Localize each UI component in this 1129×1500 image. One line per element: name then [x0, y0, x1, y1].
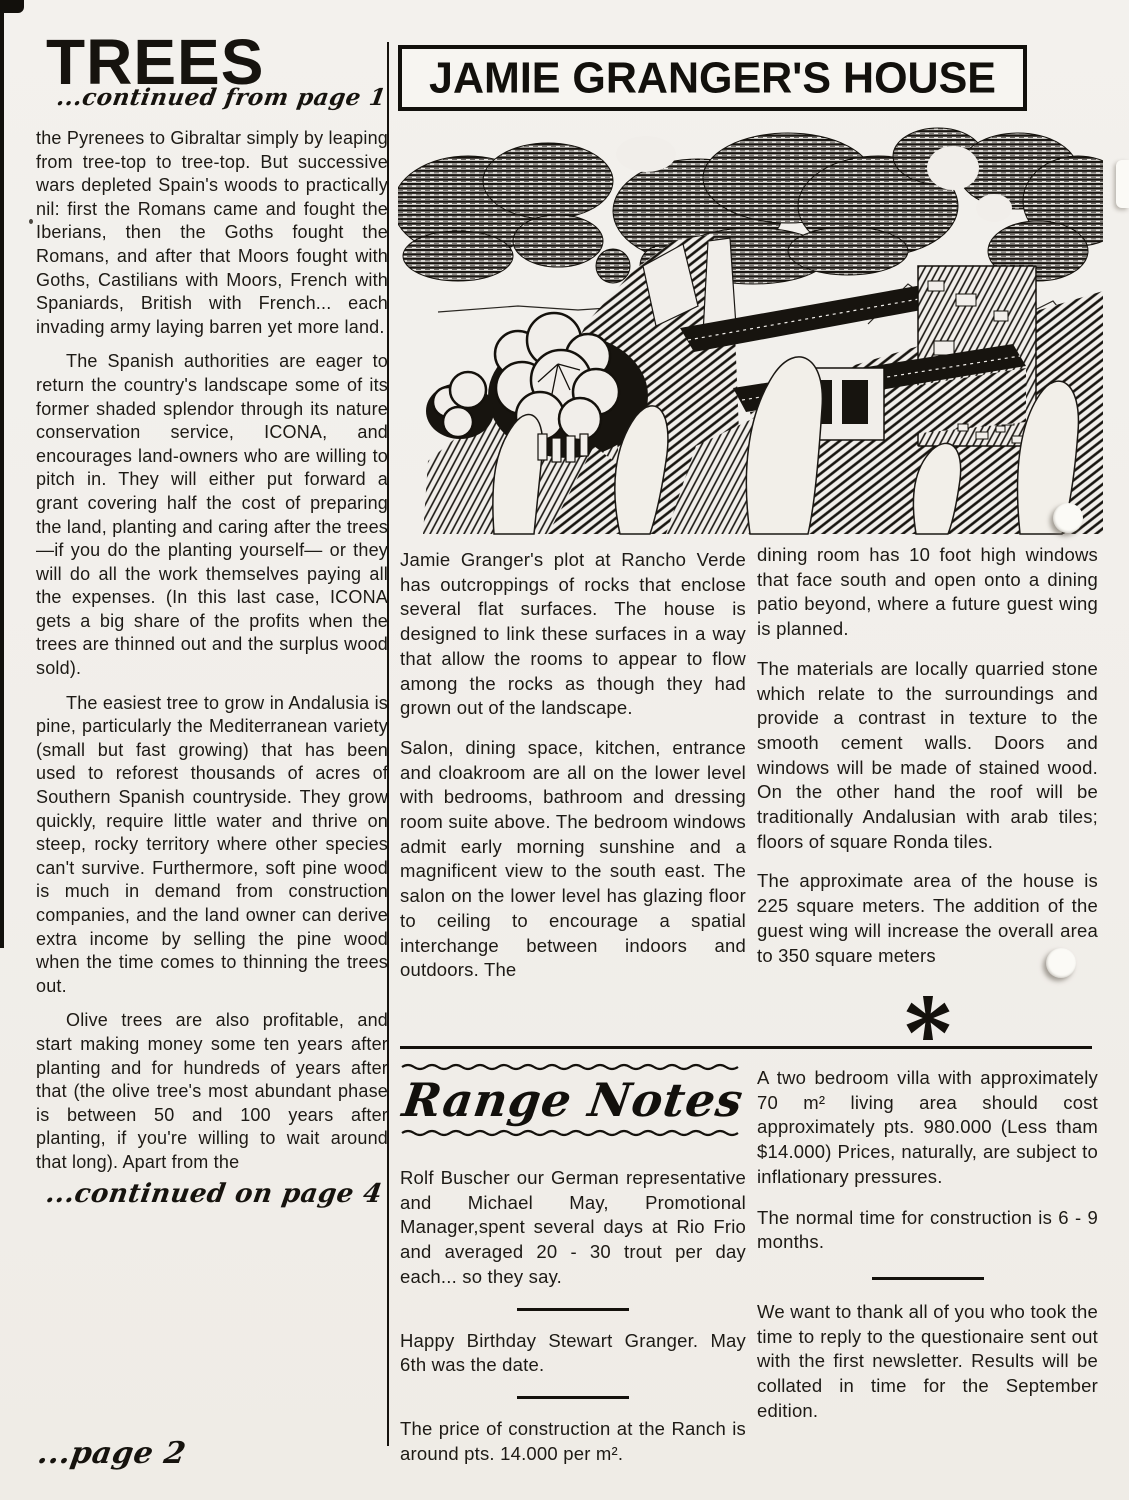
punch-hole — [1053, 503, 1083, 533]
range-notes-section: Range Notes Rolf Buscher our German repr… — [400, 1062, 746, 1466]
house-illustration-drawing — [398, 116, 1103, 536]
scan-speck — [29, 219, 33, 224]
punch-hole — [1046, 948, 1076, 978]
body-paragraph: Jamie Granger's plot at Rancho Verde has… — [400, 548, 746, 721]
range-note-item: The price of construction at the Ranch i… — [400, 1417, 746, 1466]
scan-edge-line — [0, 0, 4, 948]
wavy-rule — [400, 1062, 746, 1072]
trees-article-title: TREES — [46, 32, 388, 92]
body-paragraph: The materials are locally quarried stone… — [757, 657, 1098, 855]
trees-paragraph: The Spanish authorities are eager to ret… — [36, 350, 388, 680]
range-notes-logo: Range Notes — [396, 1072, 750, 1128]
house-illustration — [398, 116, 1103, 536]
house-article-title: JAMIE GRANGER'S HOUSE — [429, 53, 996, 103]
body-paragraph: The approximate area of the house is 225… — [757, 869, 1098, 968]
range-note-item: Rolf Buscher our German representative a… — [400, 1166, 746, 1290]
range-notes-column-right: A two bedroom villa with approximately 7… — [757, 1066, 1098, 1423]
body-paragraph: Salon, dining space, kitchen, entrance a… — [400, 736, 746, 983]
wavy-rule — [400, 1128, 746, 1138]
range-note-item: Happy Birthday Stewart Granger. May 6th … — [400, 1329, 746, 1378]
range-note-item: The normal time for construction is 6 - … — [757, 1206, 1098, 1255]
scan-edge-tab — [1116, 160, 1129, 208]
item-divider-rule — [517, 1396, 629, 1399]
trees-paragraph: The easiest tree to grow in Andalusia is… — [36, 692, 388, 999]
continued-from-note: ...continued from page 1 — [34, 84, 390, 111]
page-number: ...page 2 — [35, 1436, 188, 1471]
house-article-column-left: Jamie Granger's plot at Rancho Verde has… — [400, 548, 746, 983]
range-note-item: We want to thank all of you who took the… — [757, 1300, 1098, 1424]
column-divider-rule — [387, 42, 389, 1446]
newsletter-page: TREES ...continued from page 1 the Pyren… — [0, 0, 1129, 1500]
scan-corner-mark — [0, 0, 24, 13]
item-divider-rule — [872, 1277, 984, 1280]
trees-paragraph: the Pyrenees to Gibraltar simply by leap… — [36, 127, 388, 339]
heavy-asterisk-icon — [906, 996, 950, 1040]
trees-paragraph: Olive trees are also profitable, and sta… — [36, 1009, 388, 1174]
body-paragraph: dining room has 10 foot high windows tha… — [757, 543, 1098, 642]
continued-on-note: ...continued on page 4 — [34, 1179, 391, 1209]
section-rule — [400, 1046, 1092, 1049]
item-divider-rule — [517, 1308, 629, 1311]
house-article-title-box: JAMIE GRANGER'S HOUSE — [398, 45, 1027, 111]
trees-article: TREES ...continued from page 1 the Pyren… — [36, 32, 388, 1209]
range-note-item: A two bedroom villa with approximately 7… — [757, 1066, 1098, 1190]
